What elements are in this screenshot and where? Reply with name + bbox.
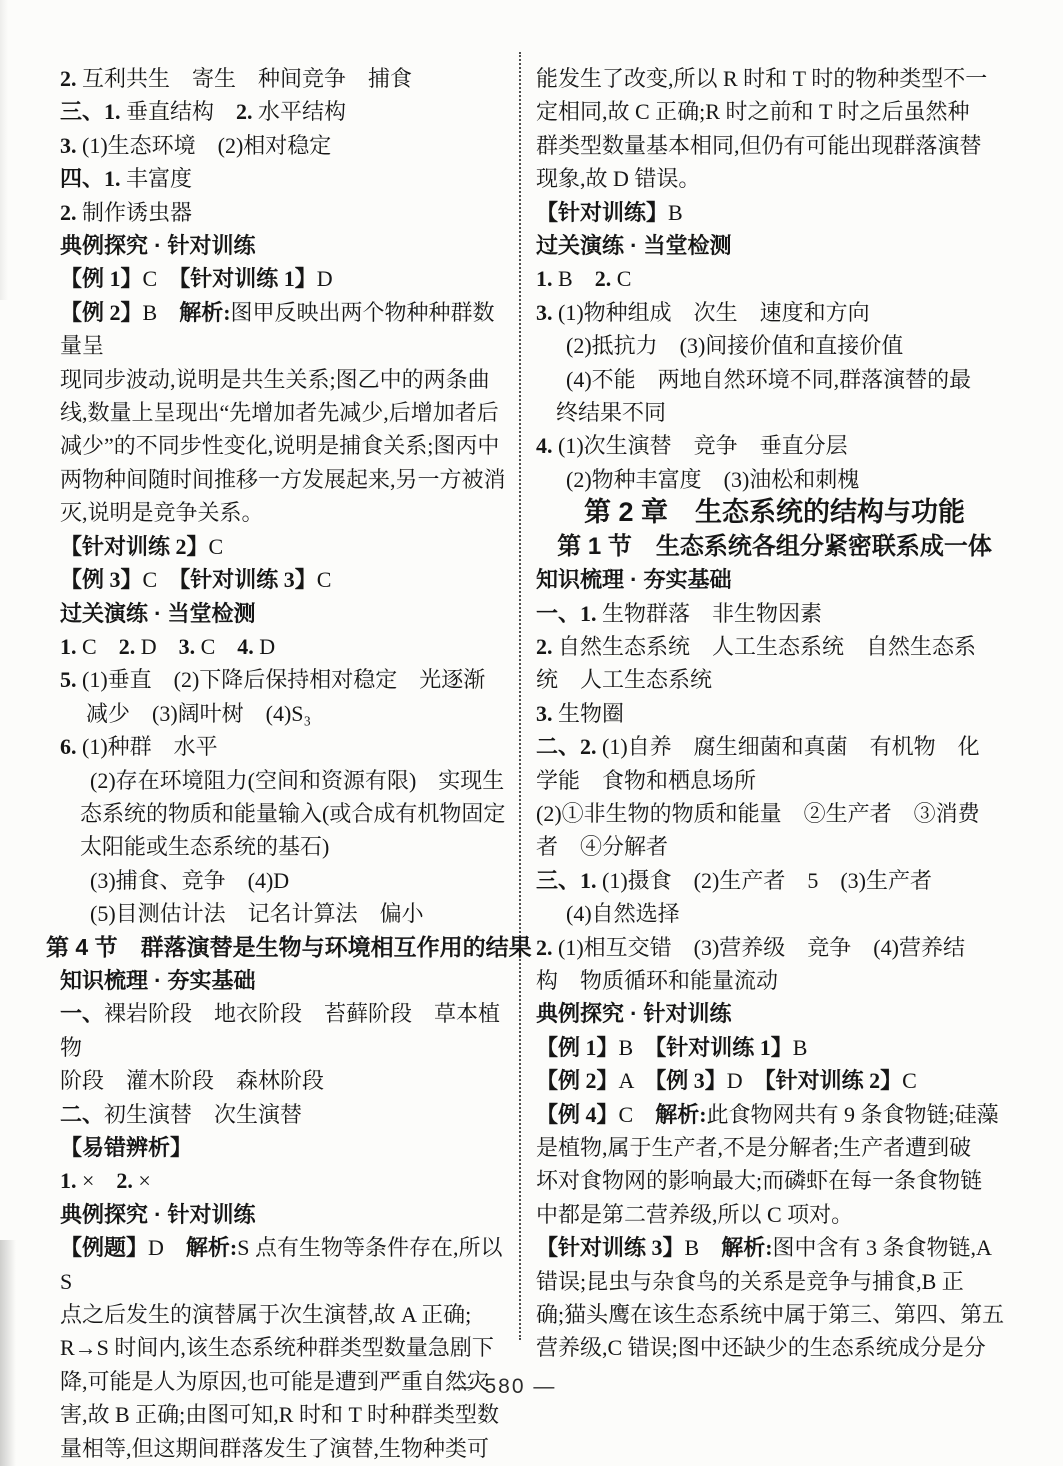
text-run: 垂直结构: [121, 99, 237, 124]
text-run: C: [77, 634, 119, 659]
text-run: (4)不能 两地自然环境不同,群落演替的最 终结果不同: [556, 367, 971, 425]
text-run: B: [793, 1035, 808, 1060]
text-run: (2)抵抗力 (3)间接价值和直接价值: [566, 333, 903, 358]
answer-line: (4)不能 两地自然环境不同,群落演替的最 终结果不同: [556, 363, 1013, 430]
text-run: 【例 1】: [60, 266, 143, 291]
text-run: 4.: [237, 634, 254, 659]
answer-line: 四、1. 丰富度: [60, 162, 513, 195]
text-run: 三、1.: [60, 99, 121, 124]
text-run: 生物圈: [553, 701, 625, 726]
text-run: 3.: [536, 701, 553, 726]
answer-line: 能发生了改变,所以 R 时和 T 时的物种类型不一 定相同,故 C 正确;R 时…: [536, 62, 1013, 196]
text-run: 【针对训练 2】: [60, 534, 209, 559]
text-run: 知识梳理 · 夯实基础: [536, 567, 732, 592]
text-run: 2.: [119, 634, 136, 659]
text-run: 二、2.: [536, 734, 597, 759]
workbook-answer-page: 2. 互利共生 寄生 种间竞争 捕食三、1. 垂直结构 2. 水平结构3. (1…: [0, 0, 1063, 1466]
text-run: C: [209, 534, 224, 559]
text-run: 1.: [60, 1168, 77, 1193]
text-run: 制作诱虫器: [77, 200, 193, 225]
text-run: 水平结构: [253, 99, 347, 124]
text-run: D: [135, 634, 178, 659]
left-column: 2. 互利共生 寄生 种间竞争 捕食三、1. 垂直结构 2. 水平结构3. (1…: [60, 62, 513, 1465]
answer-line: 2. 制作诱虫器: [60, 196, 513, 229]
text-run: 四、1.: [60, 166, 121, 191]
text-run: 6.: [60, 734, 77, 759]
text-run: B: [619, 1035, 656, 1060]
answer-line: 一、1. 生物群落 非生物因素: [536, 597, 1013, 630]
text-run: (1)自养 腐生细菌和真菌 有机物 化 学能 食物和栖息场所: [536, 734, 980, 792]
text-run: C: [143, 567, 180, 592]
text-run: 【例 4】: [536, 1102, 619, 1127]
answer-line: 3. (1)生态环境 (2)相对稳定: [60, 129, 513, 162]
text-run: 解析:: [179, 300, 230, 325]
answer-line: (2)抵抗力 (3)间接价值和直接价值: [566, 329, 1013, 362]
text-run: 1.: [60, 634, 77, 659]
text-run: 【例 2】: [536, 1068, 619, 1093]
text-run: 3.: [179, 634, 196, 659]
answer-line: 2. 互利共生 寄生 种间竞争 捕食: [60, 62, 513, 95]
text-run: 过关演练 · 当堂检测: [536, 233, 732, 258]
text-run: 解析:: [721, 1235, 772, 1260]
text-run: (5)目测估计法 记名计算法 偏小: [90, 901, 424, 926]
text-run: B: [553, 266, 595, 291]
text-run: 【例 2】: [60, 300, 143, 325]
answer-line: 【针对训练 2】C: [60, 530, 513, 563]
text-run: (1)物种组成 次生 速度和方向: [553, 300, 870, 325]
text-run: 互利共生 寄生 种间竞争 捕食: [77, 66, 413, 91]
text-run: 解析:: [655, 1102, 706, 1127]
text-run: D: [254, 634, 275, 659]
text-run: C: [195, 634, 237, 659]
text-run: 【针对训练 1】: [655, 1035, 793, 1060]
text-run: 【针对训练 3】: [536, 1235, 685, 1260]
text-run: B: [668, 200, 683, 225]
answer-line: (2)①非生物的物质和能量 ②生产者 ③消费 者 ④分解者: [536, 797, 1013, 864]
answer-line: 【例 3】C 【针对训练 3】C: [60, 563, 513, 596]
text-run: (4)自然选择: [566, 901, 680, 926]
text-run: S 点有生物等条件存在,所以 S 点之后发生的演替属于次生演替,故 A 正确; …: [60, 1235, 502, 1460]
module-heading: 过关演练 · 当堂检测: [536, 229, 1013, 262]
page-number: — 580 —: [0, 1375, 1010, 1399]
text-run: 2.: [595, 266, 612, 291]
text-run: (1)生态环境 (2)相对稳定: [77, 133, 332, 158]
text-run: B: [143, 300, 180, 325]
answer-line: 1. B 2. C: [536, 262, 1013, 295]
text-run: 【易错辨析】: [60, 1135, 192, 1160]
text-run: A: [619, 1068, 656, 1093]
text-run: 典例探究 · 针对训练: [536, 1001, 732, 1026]
answer-line: 二、初生演替 次生演替: [60, 1098, 513, 1131]
text-run: 第 4 节 群落演替是生物与环境相互作用的结果: [46, 934, 532, 960]
module-heading: 过关演练 · 当堂检测: [60, 597, 513, 630]
text-run: 【针对训练 1】: [179, 266, 317, 291]
text-run: 2.: [236, 99, 253, 124]
text-run: 【针对训练】: [536, 200, 668, 225]
text-run: C: [317, 567, 332, 592]
answer-line: 【例题】D 解析:S 点有生物等条件存在,所以 S 点之后发生的演替属于次生演替…: [60, 1231, 513, 1465]
column-divider-rule: [519, 52, 521, 1340]
text-run: (2)存在环境阻力(空间和资源有限) 实现生 态系统的物质和能量输入(或合成有机…: [80, 768, 505, 860]
text-run: 第 1 节 生态系统各组分紧密联系成一体: [557, 533, 992, 560]
text-run: C: [143, 266, 180, 291]
answer-line: 三、1. (1)摄食 (2)生产者 5 (3)生产者: [536, 864, 1013, 897]
text-run: 3.: [536, 300, 553, 325]
text-run: 2.: [60, 200, 77, 225]
module-heading: 典例探究 · 针对训练: [60, 1198, 513, 1231]
text-run: D: [317, 266, 333, 291]
text-run: 丰富度: [121, 166, 193, 191]
text-run: 典例探究 · 针对训练: [60, 1202, 256, 1227]
answer-line: 3. (1)物种组成 次生 速度和方向: [536, 296, 1013, 329]
text-run: 【例 3】: [655, 1068, 727, 1093]
answer-line: 【针对训练】B: [536, 196, 1013, 229]
text-run: 图甲反映出两个物种种群数量呈 现同步波动,说明是共生关系;图乙中的两条曲 线,数…: [60, 300, 506, 525]
answer-line: 一、裸岩阶段 地衣阶段 苔藓阶段 草本植物 阶段 灌木阶段 森林阶段: [60, 997, 513, 1097]
module-heading: 知识梳理 · 夯实基础: [536, 563, 1013, 596]
answer-line: 【易错辨析】: [60, 1131, 513, 1164]
text-run: C: [619, 1102, 656, 1127]
answer-line: 【例 1】B 【针对训练 1】B: [536, 1031, 1013, 1064]
text-run: (1)种群 水平: [77, 734, 218, 759]
text-run: 裸岩阶段 地衣阶段 苔藓阶段 草本植物 阶段 灌木阶段 森林阶段: [60, 1001, 500, 1093]
right-column: 能发生了改变,所以 R 时和 T 时的物种类型不一 定相同,故 C 正确;R 时…: [536, 62, 1013, 1365]
answer-line: 1. C 2. D 3. C 4. D: [60, 630, 513, 663]
answer-line: 3. 生物圈: [536, 697, 1013, 730]
text-run: (2)物种丰富度 (3)油松和刺槐: [566, 467, 859, 492]
text-run: 2.: [536, 634, 553, 659]
answer-line: 2. 自然生态系统 人工生态系统 自然生态系 统 人工生态系统: [536, 630, 1013, 697]
answer-line: 【例 2】B 解析:图甲反映出两个物种种群数量呈 现同步波动,说明是共生关系;图…: [60, 296, 513, 530]
text-run: 【例 1】: [536, 1035, 619, 1060]
text-run: 【例 3】: [60, 567, 143, 592]
text-run: D: [148, 1235, 186, 1260]
text-run: 2.: [116, 1168, 133, 1193]
text-run: 5.: [60, 667, 77, 692]
text-run: 解析:: [186, 1235, 237, 1260]
answer-line: 4. (1)次生演替 竞争 垂直分层: [536, 429, 1013, 462]
answer-line: 【例 2】A 【例 3】D 【针对训练 2】C: [536, 1064, 1013, 1097]
answer-line: 1. × 2. ×: [60, 1164, 513, 1197]
answer-line: (3)捕食、竞争 (4)D: [90, 864, 513, 897]
text-run: ×: [77, 1168, 117, 1193]
answer-line: 三、1. 垂直结构 2. 水平结构: [60, 95, 513, 128]
answer-line: (2)物种丰富度 (3)油松和刺槐: [566, 463, 1013, 496]
section-heading: 第 1 节 生态系统各组分紧密联系成一体: [536, 530, 1013, 563]
text-run: 一、1.: [536, 601, 597, 626]
text-run: 第 2 章 生态系统的结构与功能: [584, 497, 965, 527]
text-run: 二、: [60, 1102, 104, 1127]
text-run: (1)相互交错 (3)营养级 竞争 (4)营养结 构 物质循环和能量流动: [536, 935, 965, 993]
answer-line: 【例 1】C 【针对训练 1】D: [60, 262, 513, 295]
answer-line: 【例 4】C 解析:此食物网共有 9 条食物链;硅藻 是植物,属于生产者,不是分…: [536, 1098, 1013, 1232]
answer-line: 2. (1)相互交错 (3)营养级 竞争 (4)营养结 构 物质循环和能量流动: [536, 931, 1013, 998]
text-run: D: [727, 1068, 765, 1093]
text-run: 2.: [536, 935, 553, 960]
text-run: (3)捕食、竞争 (4)D: [90, 868, 289, 893]
text-run: 一、: [60, 1001, 104, 1026]
text-run: 过关演练 · 当堂检测: [60, 601, 256, 626]
answer-line: (5)目测估计法 记名计算法 偏小: [90, 897, 513, 930]
text-run: C: [902, 1068, 917, 1093]
text-run: 能发生了改变,所以 R 时和 T 时的物种类型不一 定相同,故 C 正确;R 时…: [536, 66, 987, 191]
module-heading: 典例探究 · 针对训练: [60, 229, 513, 262]
chapter-heading: 第 2 章 生态系统的结构与功能: [536, 496, 1013, 529]
answer-line: 5. (1)垂直 (2)下降后保持相对稳定 光逐渐 减少 (3)阔叶树 (4)S…: [60, 663, 513, 730]
module-heading: 知识梳理 · 夯实基础: [60, 964, 513, 997]
binding-shadow: [0, 1240, 16, 1466]
text-run: 自然生态系统 人工生态系统 自然生态系 统 人工生态系统: [536, 634, 976, 692]
text-run: C: [611, 266, 631, 291]
text-run: 【针对训练 3】: [179, 567, 317, 592]
text-run: (2)①非生物的物质和能量 ②生产者 ③消费 者 ④分解者: [536, 801, 980, 859]
text-run: B: [685, 1235, 722, 1260]
text-run: 生物群落 非生物因素: [597, 601, 823, 626]
text-run: 2.: [60, 66, 77, 91]
text-run: (1)垂直 (2)下降后保持相对稳定 光逐渐 减少 (3)阔叶树 (4)S₃: [77, 667, 486, 725]
text-run: (1)次生演替 竞争 垂直分层: [553, 433, 848, 458]
module-heading: 典例探究 · 针对训练: [536, 997, 1013, 1030]
text-run: 【例题】: [60, 1235, 148, 1260]
text-run: 1.: [536, 266, 553, 291]
answer-line: (2)存在环境阻力(空间和资源有限) 实现生 态系统的物质和能量输入(或合成有机…: [80, 764, 513, 864]
text-run: 3.: [60, 133, 77, 158]
text-run: 初生演替 次生演替: [104, 1102, 302, 1127]
text-run: 【针对训练 2】: [765, 1068, 903, 1093]
text-run: 知识梳理 · 夯实基础: [60, 968, 256, 993]
text-run: 三、1.: [536, 868, 597, 893]
text-run: ×: [133, 1168, 151, 1193]
text-run: (1)摄食 (2)生产者 5 (3)生产者: [597, 868, 932, 893]
text-run: 典例探究 · 针对训练: [60, 233, 256, 258]
binding-shadow-top: [0, 0, 8, 300]
answer-line: (4)自然选择: [566, 897, 1013, 930]
answer-line: 【针对训练 3】B 解析:图中含有 3 条食物链,A 错误;昆虫与杂食鸟的关系是…: [536, 1231, 1013, 1365]
answer-line: 二、2. (1)自养 腐生细菌和真菌 有机物 化 学能 食物和栖息场所: [536, 730, 1013, 797]
answer-line: 6. (1)种群 水平: [60, 730, 513, 763]
text-run: 4.: [536, 433, 553, 458]
section-heading: 第 4 节 群落演替是生物与环境相互作用的结果: [46, 931, 513, 964]
